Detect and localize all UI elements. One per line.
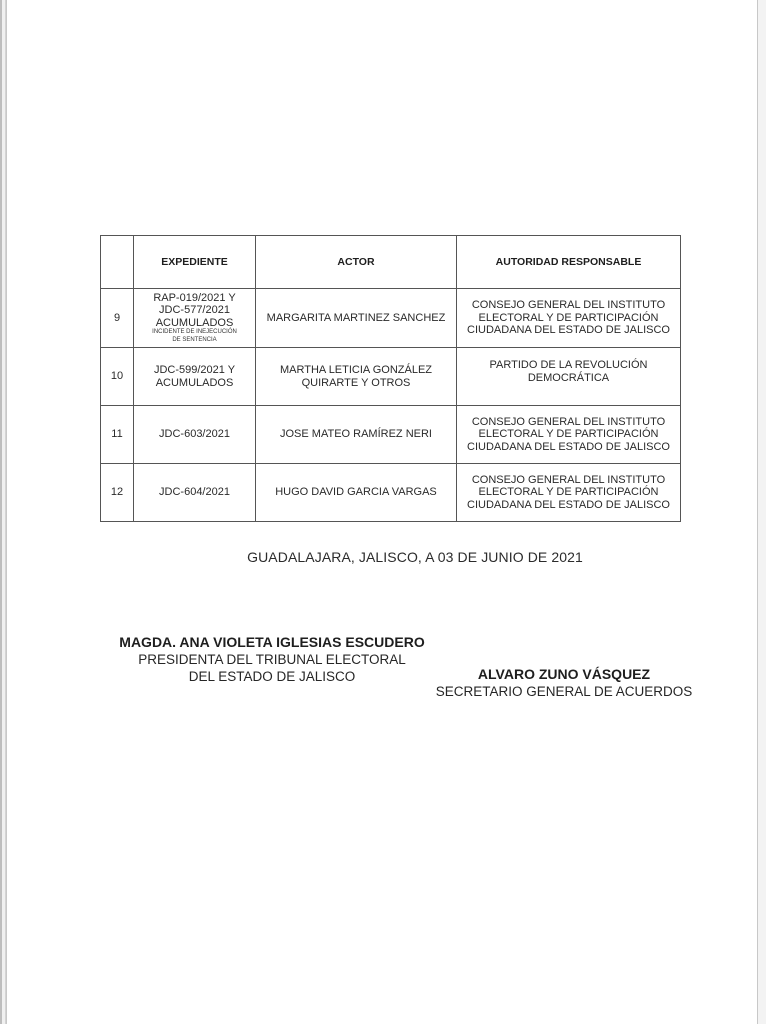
signatory-title-line: PRESIDENTA DEL TRIBUNAL ELECTORAL	[107, 651, 437, 668]
row-actor: HUGO DAVID GARCIA VARGAS	[256, 464, 457, 522]
autoridad-line: DEMOCRÁTICA	[460, 372, 677, 385]
table-row: 9 RAP-019/2021 Y JDC-577/2021 ACUMULADOS…	[101, 289, 681, 348]
expediente-line: JDC-577/2021	[137, 304, 252, 317]
autoridad-line: CONSEJO GENERAL DEL INSTITUTO	[460, 416, 677, 429]
row-expediente: RAP-019/2021 Y JDC-577/2021 ACUMULADOS I…	[134, 289, 256, 348]
actor-line: MARTHA LETICIA GONZÁLEZ	[259, 364, 453, 377]
signatory-title-line: SECRETARIO GENERAL DE ACUERDOS	[430, 683, 698, 700]
table-row: 11 JDC-603/2021 JOSE MATEO RAMÍREZ NERI …	[101, 406, 681, 464]
expediente-line: RAP-019/2021 Y	[137, 292, 252, 305]
row-expediente: JDC-604/2021	[134, 464, 256, 522]
expediente-line: JDC-599/2021 Y	[137, 364, 252, 377]
autoridad-line: PARTIDO DE LA REVOLUCIÓN	[460, 359, 677, 372]
table-row: 10 JDC-599/2021 Y ACUMULADOS MARTHA LETI…	[101, 348, 681, 406]
scan-right-edge	[758, 0, 766, 1024]
header-number	[101, 236, 134, 289]
row-expediente: JDC-599/2021 Y ACUMULADOS	[134, 348, 256, 406]
header-actor: ACTOR	[256, 236, 457, 289]
row-number: 11	[101, 406, 134, 464]
row-actor: JOSE MATEO RAMÍREZ NERI	[256, 406, 457, 464]
table-row: 12 JDC-604/2021 HUGO DAVID GARCIA VARGAS…	[101, 464, 681, 522]
autoridad-line: CONSEJO GENERAL DEL INSTITUTO	[460, 299, 677, 312]
row-expediente: JDC-603/2021	[134, 406, 256, 464]
expediente-line: ACUMULADOS	[137, 317, 252, 330]
row-autoridad: CONSEJO GENERAL DEL INSTITUTO ELECTORAL …	[457, 289, 681, 348]
autoridad-line: CIUDADANA DEL ESTADO DE JALISCO	[460, 499, 677, 512]
row-autoridad: CONSEJO GENERAL DEL INSTITUTO ELECTORAL …	[457, 464, 681, 522]
row-actor: MARGARITA MARTINEZ SANCHEZ	[256, 289, 457, 348]
table-header-row: EXPEDIENTE ACTOR AUTORIDAD RESPONSABLE	[101, 236, 681, 289]
date-location-line: GUADALAJARA, JALISCO, A 03 DE JUNIO DE 2…	[0, 549, 766, 565]
autoridad-line: ELECTORAL Y DE PARTICIPACIÓN	[460, 312, 677, 325]
signatory-title-line: DEL ESTADO DE JALISCO	[107, 668, 437, 685]
signatory-name: MAGDA. ANA VIOLETA IGLESIAS ESCUDERO	[107, 634, 437, 651]
row-actor: MARTHA LETICIA GONZÁLEZ QUIRARTE Y OTROS	[256, 348, 457, 406]
autoridad-line: ELECTORAL Y DE PARTICIPACIÓN	[460, 486, 677, 499]
cases-table: EXPEDIENTE ACTOR AUTORIDAD RESPONSABLE 9…	[100, 235, 681, 522]
header-autoridad: AUTORIDAD RESPONSABLE	[457, 236, 681, 289]
autoridad-line: CIUDADANA DEL ESTADO DE JALISCO	[460, 324, 677, 337]
expediente-note: DE SENTENCIA	[137, 337, 252, 345]
autoridad-line: ELECTORAL Y DE PARTICIPACIÓN	[460, 428, 677, 441]
autoridad-line: CONSEJO GENERAL DEL INSTITUTO	[460, 474, 677, 487]
actor-line: QUIRARTE Y OTROS	[259, 377, 453, 390]
signature-block-secretario: ALVARO ZUNO VÁSQUEZ SECRETARIO GENERAL D…	[430, 666, 698, 700]
signature-block-presidenta: MAGDA. ANA VIOLETA IGLESIAS ESCUDERO PRE…	[107, 634, 437, 685]
autoridad-line: CIUDADANA DEL ESTADO DE JALISCO	[460, 441, 677, 454]
expediente-note: INCIDENTE DE INEJECUCIÓN	[137, 329, 252, 337]
row-number: 9	[101, 289, 134, 348]
expediente-line: ACUMULADOS	[137, 377, 252, 390]
row-autoridad: CONSEJO GENERAL DEL INSTITUTO ELECTORAL …	[457, 406, 681, 464]
row-number: 10	[101, 348, 134, 406]
row-autoridad: PARTIDO DE LA REVOLUCIÓN DEMOCRÁTICA	[457, 348, 681, 406]
header-expediente: EXPEDIENTE	[134, 236, 256, 289]
signatory-name: ALVARO ZUNO VÁSQUEZ	[430, 666, 698, 683]
row-number: 12	[101, 464, 134, 522]
